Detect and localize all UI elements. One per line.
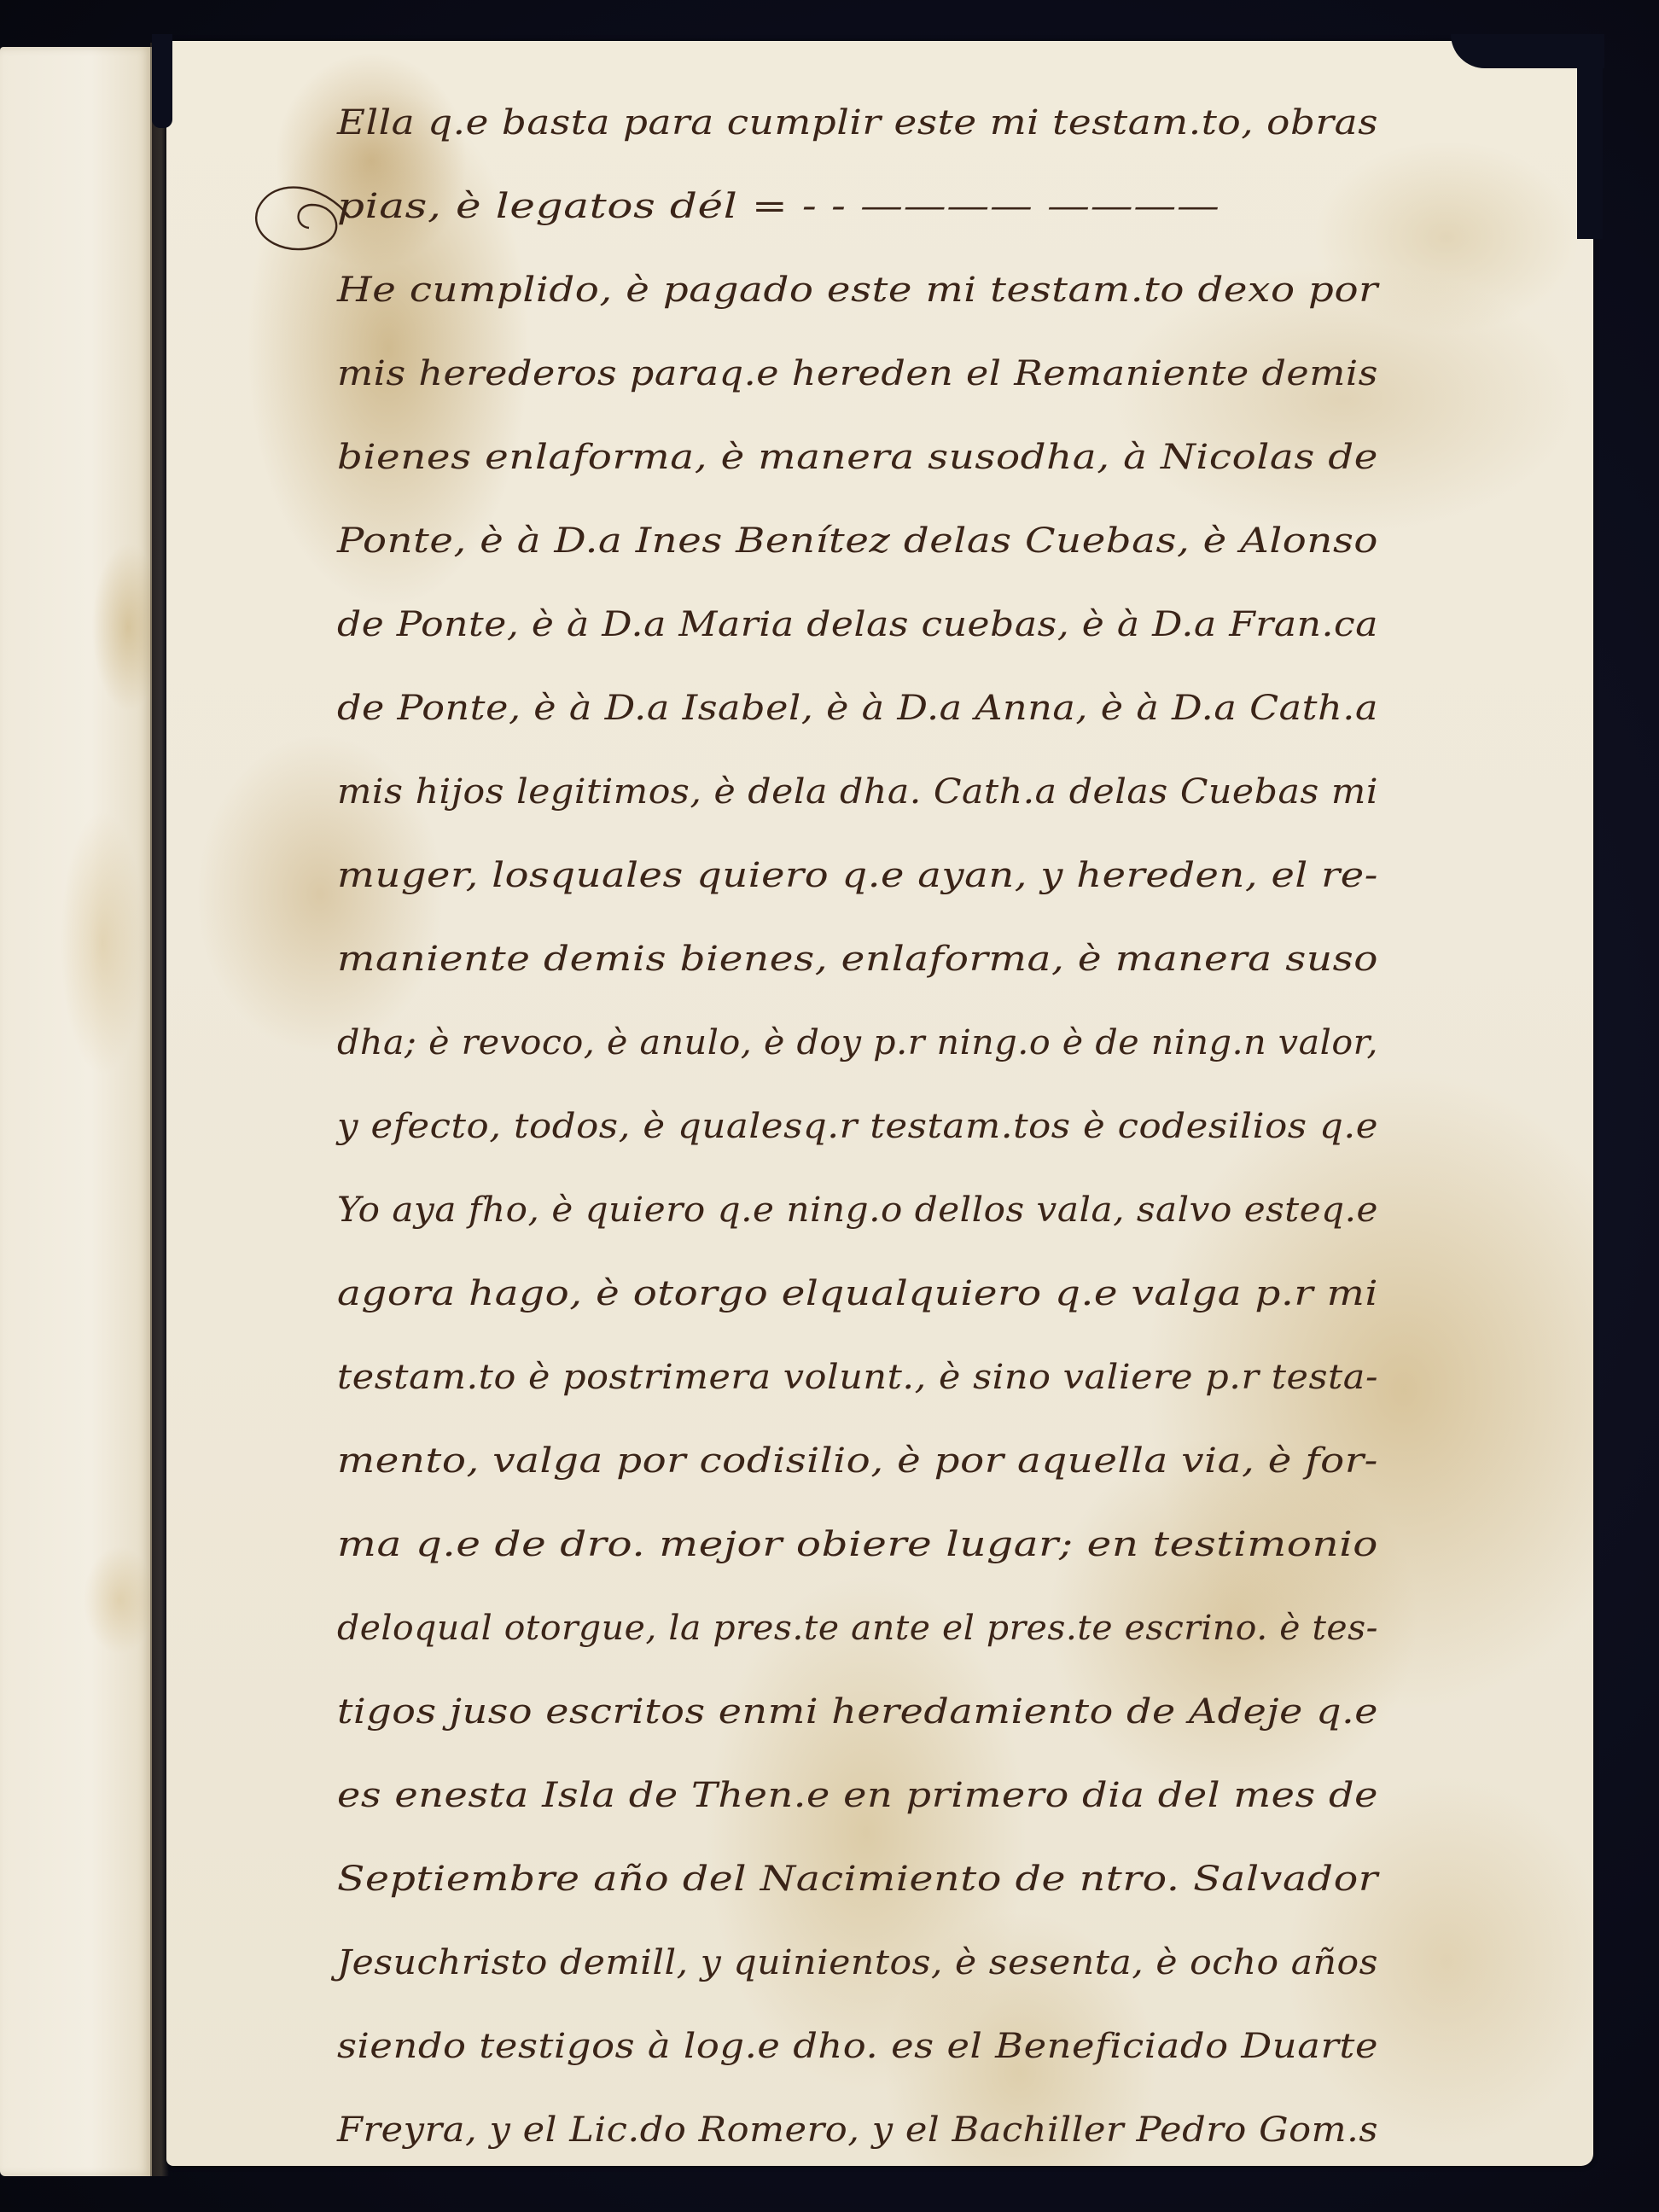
line-text: Septiembre año del Nacimiento de ntro. S…	[337, 1837, 1378, 1921]
line-text: Ella q.e basta para cumplir este mi test…	[337, 81, 1378, 165]
manuscript-line: agora hago, è otorgo elqualquiero q.e va…	[337, 1252, 1404, 1336]
line-text: dha; è revoco, è anulo, è doy p.r ning.o…	[337, 1001, 1378, 1085]
line-text: mento, valga por codisilio, è por aquell…	[337, 1419, 1378, 1503]
manuscript-line: He cumplido, è pagado este mi testam.to …	[337, 248, 1404, 332]
manuscript-line: ma q.e de dro. mejor obiere lugar; en te…	[337, 1503, 1404, 1586]
page-tear-right-edge	[1577, 34, 1603, 239]
manuscript-line: Septiembre año del Nacimiento de ntro. S…	[337, 1837, 1404, 1921]
line-text: bienes enlaforma, è manera susodha, à Ni…	[337, 416, 1378, 499]
manuscript-line: muger, losquales quiero q.e ayan, y here…	[337, 834, 1404, 917]
line-text: pias, è legatos dél = - - ———— ————	[337, 165, 1220, 248]
manuscript-line: Ponte, è à D.a Ines Benítez delas Cuebas…	[337, 499, 1404, 583]
line-text: Jesuchristo demill, y quinientos, è sese…	[337, 1921, 1378, 2005]
line-text: mis herederos paraq.e hereden el Remanie…	[337, 332, 1378, 416]
line-text: muger, losquales quiero q.e ayan, y here…	[337, 834, 1378, 917]
manuscript-line: siendo testigos à log.e dho. es el Benef…	[337, 2005, 1404, 2088]
manuscript-line: testam.to è postrimera volunt., è sino v…	[337, 1336, 1404, 1419]
line-text: Ponte, è à D.a Ines Benítez delas Cuebas…	[337, 499, 1378, 583]
line-text: testam.to è postrimera volunt., è sino v…	[337, 1336, 1378, 1419]
line-text: maniente demis bienes, enlaforma, è mane…	[337, 917, 1378, 1001]
manuscript-text: Ella q.e basta para cumplir este mi test…	[337, 81, 1404, 2172]
line-text: agora hago, è otorgo elqualquiero q.e va…	[337, 1252, 1378, 1336]
manuscript-line: Ella q.e basta para cumplir este mi test…	[337, 81, 1404, 165]
manuscript-line: de Ponte, è à D.a Maria delas cuebas, è …	[337, 583, 1404, 667]
manuscript-line: deloqual otorgue, la pres.te ante el pre…	[337, 1586, 1404, 1670]
manuscript-line: mis herederos paraq.e hereden el Remanie…	[337, 332, 1404, 416]
line-text: tigos juso escritos enmi heredamiento de…	[337, 1670, 1378, 1754]
manuscript-line: Freyra, y el Lic.do Romero, y el Bachill…	[337, 2088, 1404, 2172]
line-text: deloqual otorgue, la pres.te ante el pre…	[337, 1586, 1378, 1670]
manuscript-line: mento, valga por codisilio, è por aquell…	[337, 1419, 1404, 1503]
manuscript-line: mis hijos legitimos, è dela dha. Cath.a …	[337, 750, 1404, 834]
manuscript-line: Yo aya fho, è quiero q.e ning.o dellos v…	[337, 1168, 1404, 1252]
line-text: siendo testigos à log.e dho. es el Benef…	[337, 2005, 1378, 2088]
line-text: mis hijos legitimos, è dela dha. Cath.a …	[337, 750, 1378, 834]
line-text: Yo aya fho, è quiero q.e ning.o dellos v…	[337, 1168, 1378, 1252]
manuscript-line: Jesuchristo demill, y quinientos, è sese…	[337, 1921, 1404, 2005]
line-text: de Ponte, è à D.a Maria delas cuebas, è …	[337, 583, 1378, 667]
manuscript-line: pias, è legatos dél = - - ———— ————	[337, 165, 1404, 248]
line-text: ma q.e de dro. mejor obiere lugar; en te…	[337, 1503, 1378, 1586]
page-tear-top-left	[152, 34, 172, 128]
manuscript-line: tigos juso escritos enmi heredamiento de…	[337, 1670, 1404, 1754]
line-text: es enesta Isla de Then.e en primero dia …	[337, 1754, 1378, 1837]
previous-leaf-edge	[0, 47, 152, 2176]
manuscript-line: es enesta Isla de Then.e en primero dia …	[337, 1754, 1404, 1837]
line-text: y efecto, todos, è qualesq.r testam.tos …	[337, 1085, 1378, 1168]
line-text: He cumplido, è pagado este mi testam.to …	[337, 248, 1378, 332]
line-text: Freyra, y el Lic.do Romero, y el Bachill…	[337, 2088, 1378, 2172]
manuscript-line: dha; è revoco, è anulo, è doy p.r ning.o…	[337, 1001, 1404, 1085]
manuscript-line: y efecto, todos, è qualesq.r testam.tos …	[337, 1085, 1404, 1168]
manuscript-line: bienes enlaforma, è manera susodha, à Ni…	[337, 416, 1404, 499]
manuscript-line: maniente demis bienes, enlaforma, è mane…	[337, 917, 1404, 1001]
manuscript-line: de Ponte, è à D.a Isabel, è à D.a Anna, …	[337, 667, 1404, 750]
line-text: de Ponte, è à D.a Isabel, è à D.a Anna, …	[337, 667, 1378, 750]
